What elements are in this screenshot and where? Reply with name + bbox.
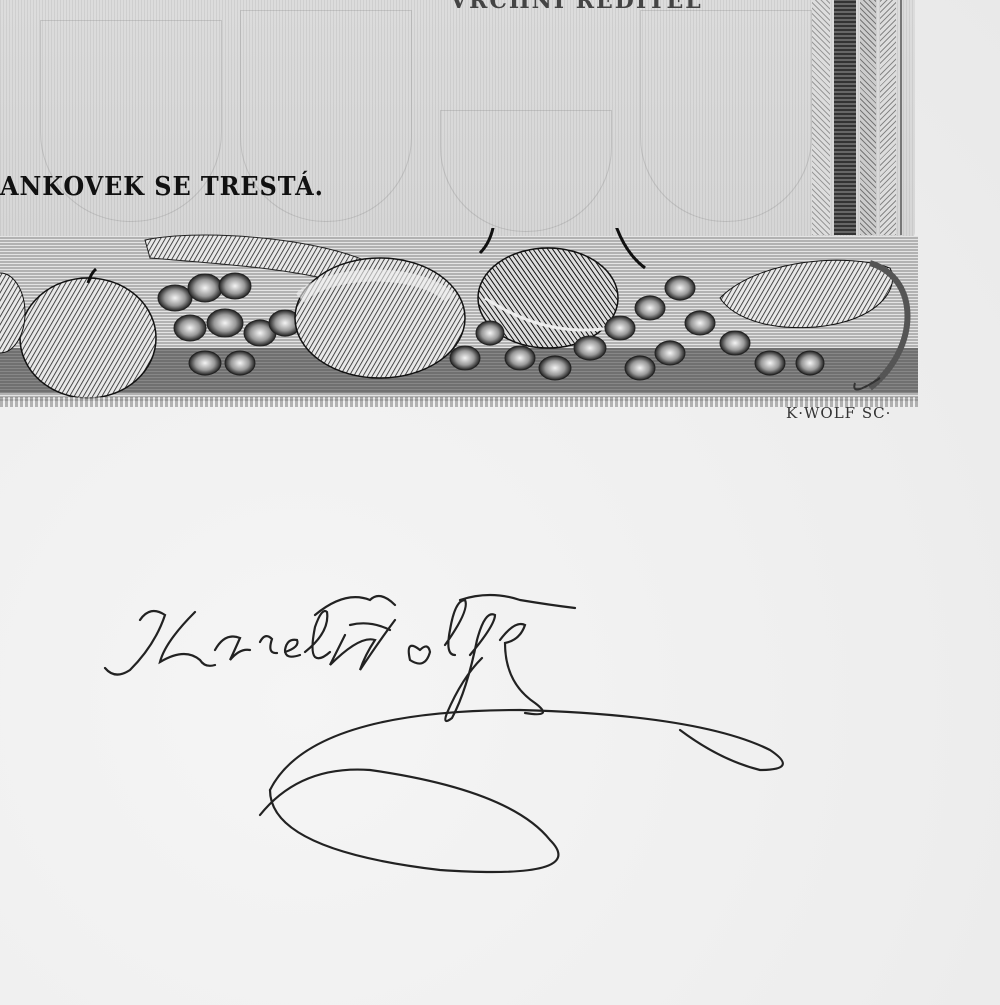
border-lattice [812,0,830,235]
guilloche-panel [0,0,915,240]
border-lattice [860,0,876,235]
watermark-shield [640,10,812,222]
apple [20,278,156,398]
title-text-partial: VRCHNÍ ŘEDITEL [450,0,703,14]
border-rule [900,0,902,235]
border-lattice [880,0,896,235]
counterfeit-warning-text: ANKOVEK SE TRESTÁ. [0,172,324,202]
border-dark-band [834,0,856,235]
fruit-frieze [0,228,920,408]
handwritten-signature [100,580,880,880]
ornamental-border [812,0,917,235]
frieze-bottom-rule [0,397,918,407]
watermark-shield [440,110,612,232]
engraver-credit: K·WOLF SC· [786,404,891,422]
